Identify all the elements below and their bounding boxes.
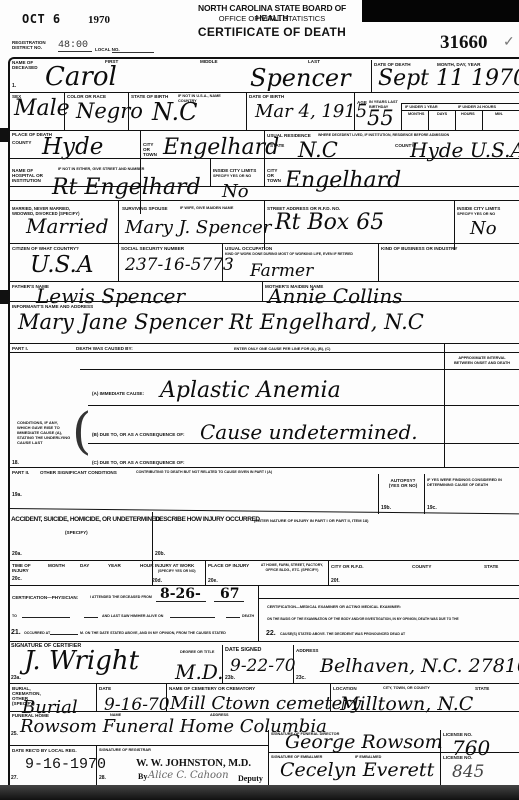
divider [293, 645, 294, 683]
attended-year: 67 [220, 586, 239, 602]
date-of-birth-label: DATE OF BIRTH [249, 94, 284, 99]
cemetery-label: NAME OF CEMETERY OR CREMATORY [169, 686, 255, 691]
item-number: 19c. [427, 505, 437, 511]
check-mark-icon: ✓ [503, 33, 515, 50]
place-of-injury-label: PLACE OF INJURY [208, 563, 249, 568]
item-number: 19b. [381, 505, 391, 511]
disposition-date: 9-16-70 [104, 695, 170, 715]
death-text: DEATH [242, 614, 254, 619]
street: Rt Box 65 [275, 210, 384, 235]
divider [401, 110, 519, 111]
registrar-typed: W. W. JOHNSTON, M.D. [136, 758, 251, 769]
race: Negro [76, 99, 143, 123]
physician-label: CERTIFICATION—PHYSICIAN: [12, 595, 78, 600]
divider [8, 641, 519, 642]
inside-city-limits-sub-2: SPECIFY YES OR NO [457, 212, 495, 217]
occupation-label: USUAL OCCUPATION [225, 246, 272, 251]
month-label: MONTH [48, 563, 65, 568]
injury-desc-sub: (ENTER NATURE OF INJURY IN PART I OR PAR… [254, 518, 368, 523]
hospital: Rt Engelhard [52, 175, 201, 200]
autopsy-label: AUTOPSY? (YES OR NO) [388, 478, 418, 488]
me-text2: CAUSE(S) STATED ABOVE. THE DECEDENT WAS … [280, 632, 405, 637]
last-name: Spencer [250, 64, 351, 92]
residence-state-label: STATE [270, 143, 284, 148]
field-underline [50, 634, 78, 635]
deputy-label: Deputy [238, 774, 263, 783]
occurred-text: OCCURRED AT [24, 631, 50, 636]
spouse-label: SURVIVING SPOUSE [122, 206, 168, 211]
divider [264, 158, 265, 186]
field-underline [84, 617, 98, 618]
attended-text: I ATTENDED THE DECEASED FROM [90, 595, 152, 600]
degree: M.D. [175, 660, 224, 684]
divider [8, 301, 519, 302]
mother: Annie Collins [268, 284, 402, 308]
divider [246, 92, 247, 130]
director-signature: George Rowsom [285, 731, 443, 753]
part1-label: PART I. [12, 346, 28, 351]
occupation-sub: KIND OF WORK DONE DURING MOST OF WORKING… [225, 252, 365, 257]
injury-county-label: COUNTY [412, 564, 431, 569]
divider [88, 405, 519, 406]
day-label: DAY [80, 563, 89, 568]
item-number: 20b. [155, 551, 165, 557]
divider [8, 352, 519, 353]
residence-city: Engelhard [285, 168, 401, 193]
registrar-signature: Alice C. Cahoon [148, 770, 229, 781]
item-number: 20a. [12, 551, 22, 557]
field-underline [156, 601, 206, 602]
divider [8, 343, 519, 344]
age-label: AGE [357, 100, 367, 105]
divider [96, 745, 97, 785]
other-conditions-label: OTHER SIGNIFICANT CONDITIONS [40, 470, 117, 475]
immediate-label: (a) IMMEDIATE CAUSE: [92, 391, 144, 396]
name-label: NAME OF DECEASED [12, 60, 42, 70]
certifier-address: Belhaven, N.C. 27810 [320, 655, 519, 677]
interval-label: APPROXIMATE INTERVAL BETWEEN ONSET AND D… [450, 356, 514, 366]
divider [428, 110, 429, 130]
embalmer-license: 845 [452, 762, 484, 782]
divider [354, 92, 355, 130]
field-underline [214, 601, 244, 602]
location-label: LOCATION [333, 686, 357, 691]
age: 55 [367, 106, 394, 130]
address-label: ADDRESS [296, 648, 318, 653]
divider [328, 560, 329, 585]
inside-city-limits-death: No [222, 181, 249, 202]
item-number: 27. [11, 775, 18, 781]
occupation: Farmer [250, 261, 313, 281]
hospital-label: NAME OF HOSPITAL OR INSTITUTION [12, 168, 52, 183]
year-label: YEAR [108, 563, 121, 568]
divider [166, 683, 167, 711]
due-to-c-label: (c) DUE TO, OR AS A CONSEQUENCE OF: [92, 460, 185, 465]
divider [222, 645, 223, 683]
spouse: Mary J. Spencer [125, 217, 271, 238]
months-label: MONTHS [408, 112, 424, 117]
county-of-death: Hyde [42, 134, 103, 160]
inside-city-limits-label-2: INSIDE CITY LIMITS [457, 206, 500, 211]
registrar-by: By [138, 772, 147, 781]
embalmer-license-label: LICENSE NO. [443, 755, 472, 760]
divider [64, 92, 65, 130]
marital-status: Married [26, 214, 109, 238]
item-number: 21. [11, 629, 21, 636]
injury-at-work-sub: (SPECIFY YES OR NO) [158, 569, 196, 574]
first-name: Carol [45, 62, 117, 92]
divider [482, 110, 483, 130]
divider [378, 243, 379, 281]
certifier-signature: J. Wright [24, 646, 139, 676]
registration-district-value: 48:00 [58, 40, 92, 52]
embalmer-signature: Cecelyn Everett [280, 759, 434, 781]
item-number: 23b. [225, 675, 235, 681]
certificate-number: 31660 [440, 32, 488, 54]
scan-shadow [0, 785, 519, 800]
injury-desc-label: DESCRIBE HOW INJURY OCCURRED [155, 516, 260, 523]
divider [96, 683, 97, 711]
divider [258, 585, 259, 641]
item-number: 20e. [208, 578, 218, 584]
hours-label: HOURS [461, 112, 475, 117]
disposition-date-label: DATE [99, 686, 111, 691]
informant: Mary Jane Spencer Rt Engelhard, N.C [18, 310, 424, 334]
spouse-sub: IF WIFE, GIVE MAIDEN NAME [180, 206, 233, 211]
date-recd: 9-16-1970 [25, 756, 106, 773]
field-underline [22, 617, 70, 618]
divider [268, 752, 519, 753]
ssn-label: SOCIAL SECURITY NUMBER [121, 246, 184, 251]
conditions-label: CONDITIONS, IF ANY, WHICH GAVE RISE TO I… [17, 420, 72, 445]
divider [8, 281, 519, 282]
field-underline [226, 617, 240, 618]
degree-label: DEGREE OR TITLE [180, 650, 214, 655]
divider [8, 467, 519, 468]
days-label: DAYS [437, 112, 447, 117]
last-saw-text: AND LAST SAW HIM/HER ALIVE ON [102, 614, 163, 619]
item-number: 20d. [152, 578, 162, 584]
injury-at-work-label: INJURY AT WORK [155, 563, 194, 568]
item-number: 25. [11, 731, 18, 737]
date-of-birth: Mar 4, 1915 [255, 101, 367, 122]
divider [80, 369, 519, 370]
divider [401, 103, 519, 104]
item-number: 22. [266, 630, 276, 637]
item-number: 28. [99, 775, 106, 781]
divider [8, 745, 268, 746]
divider [258, 598, 519, 599]
divider [401, 103, 402, 130]
item-number: 1. [12, 83, 16, 89]
city-of-death: Engelhard [163, 135, 279, 160]
date-recd-label: DATE REC'D BY LOCAL REG. [12, 748, 77, 753]
divider [88, 443, 519, 444]
due-to-b-label: (b) DUE TO, OR AS A CONSEQUENCE OF: [92, 432, 185, 437]
ssn: 237-16-5773 [125, 255, 234, 275]
middle-label: MIDDLE [200, 59, 218, 64]
death-certificate: OCT 6 1970 NORTH CAROLINA STATE BOARD OF… [0, 0, 519, 800]
informant-label: INFORMANT'S NAME AND ADDRESS [12, 304, 93, 309]
citizen-label: CITIZEN OF WHAT COUNTRY? [12, 246, 79, 251]
divider [8, 585, 519, 586]
divider [205, 560, 206, 585]
divider [128, 92, 129, 130]
divider [8, 186, 519, 187]
field-underline [170, 617, 215, 618]
divider [264, 130, 265, 158]
item-number: 23c. [296, 675, 306, 681]
divider [371, 60, 372, 92]
item-number: 19a. [12, 492, 22, 498]
date-of-death: Sept 11 1970 [378, 66, 519, 91]
findings-label: IF YES WERE FINDINGS CONSIDERED IN DETER… [427, 478, 517, 488]
inside-city-limits-label: INSIDE CITY LIMITS [213, 168, 256, 173]
to-text: TO [12, 614, 17, 619]
divider [268, 730, 269, 785]
divider [440, 730, 441, 785]
divider [262, 281, 263, 301]
place-of-injury-sub: AT HOME, FARM, STREET, FACTORY, OFFICE B… [256, 563, 328, 573]
divider [118, 243, 119, 281]
divider [8, 711, 519, 712]
accident-sub: (SPECIFY) [65, 530, 88, 535]
me-text: ON THE BASIS OF THE EXAMINATION OF THE B… [267, 617, 459, 622]
county-label: COUNTY [12, 140, 31, 145]
item-number: 23a. [11, 675, 21, 681]
location-state-label: STATE [475, 686, 489, 691]
divider [8, 683, 519, 684]
injury-city-label: CITY OR R.F.D. [331, 564, 364, 569]
bracket-icon: ( [72, 402, 92, 460]
divider [8, 243, 519, 244]
item-number: 20f. [331, 578, 340, 584]
me-label: CERTIFICATION—MEDICAL EXAMINER OR ACTING… [267, 605, 401, 610]
divider [8, 200, 519, 201]
death-caused-by-label: DEATH WAS CAUSED BY: [76, 346, 133, 351]
date-signed: 9-22-70 [230, 656, 296, 676]
city-label: CITY OR TOWN [143, 142, 161, 157]
attended-from: 8-26- [160, 586, 201, 602]
document-title: CERTIFICATE OF DEATH [182, 25, 362, 39]
residence-city-label: CITY OR TOWN [267, 168, 285, 183]
min-label: MIN. [495, 112, 503, 117]
registrar-label: SIGNATURE OF REGISTRAR [99, 748, 151, 753]
registration-district-label: REGISTRATION DISTRICT NO. [12, 40, 56, 50]
date-signed-label: DATE SIGNED [225, 647, 261, 653]
divider [210, 158, 211, 186]
sex: Male [14, 96, 70, 121]
divider [152, 512, 153, 562]
divider [222, 243, 223, 281]
divider [378, 474, 379, 514]
part2-label: PART II. [12, 470, 29, 475]
due-to-b: Cause undetermined. [200, 420, 418, 444]
received-year: 1970 [88, 14, 110, 26]
item-number: 20c. [12, 576, 22, 582]
divider [140, 130, 141, 214]
state-of-birth: N.C [152, 98, 197, 126]
divider [424, 474, 425, 514]
item-number: 18. [12, 460, 19, 466]
opinion-text: M. ON THE DATE STATED ABOVE, AND IN MY O… [80, 631, 226, 636]
industry-label: KIND OF BUSINESS OR INDUSTRY [381, 246, 457, 251]
inside-city-limits-sub: SPECIFY YES OR NO [213, 174, 251, 179]
accident-label: ACCIDENT, SUICIDE, HOMICIDE, OR UNDETERM… [11, 516, 160, 523]
location-sub: CITY, TOWN, OR COUNTY [383, 686, 430, 691]
citizen: U.S.A [30, 252, 93, 278]
other-conditions-sub: CONTRIBUTING TO DEATH BUT NOT RELATED TO… [136, 470, 272, 475]
received-stamp: OCT 6 [22, 12, 61, 26]
agency-office: OFFICE OF VITAL STATISTICS [182, 14, 362, 23]
inside-city-limits-res: No [470, 218, 497, 239]
divider [8, 92, 519, 93]
immediate-cause: Aplastic Anemia [160, 378, 341, 403]
redaction-bar [362, 0, 519, 22]
hospital-sub: IF NOT IN EITHER, GIVE STREET AND NUMBER [58, 167, 144, 172]
local-no-line [112, 52, 154, 53]
divider [330, 683, 331, 711]
divider [8, 560, 519, 561]
time-of-injury-label: TIME OF INJURY [12, 563, 34, 573]
injury-state-label: STATE [484, 564, 498, 569]
divider [455, 110, 456, 130]
